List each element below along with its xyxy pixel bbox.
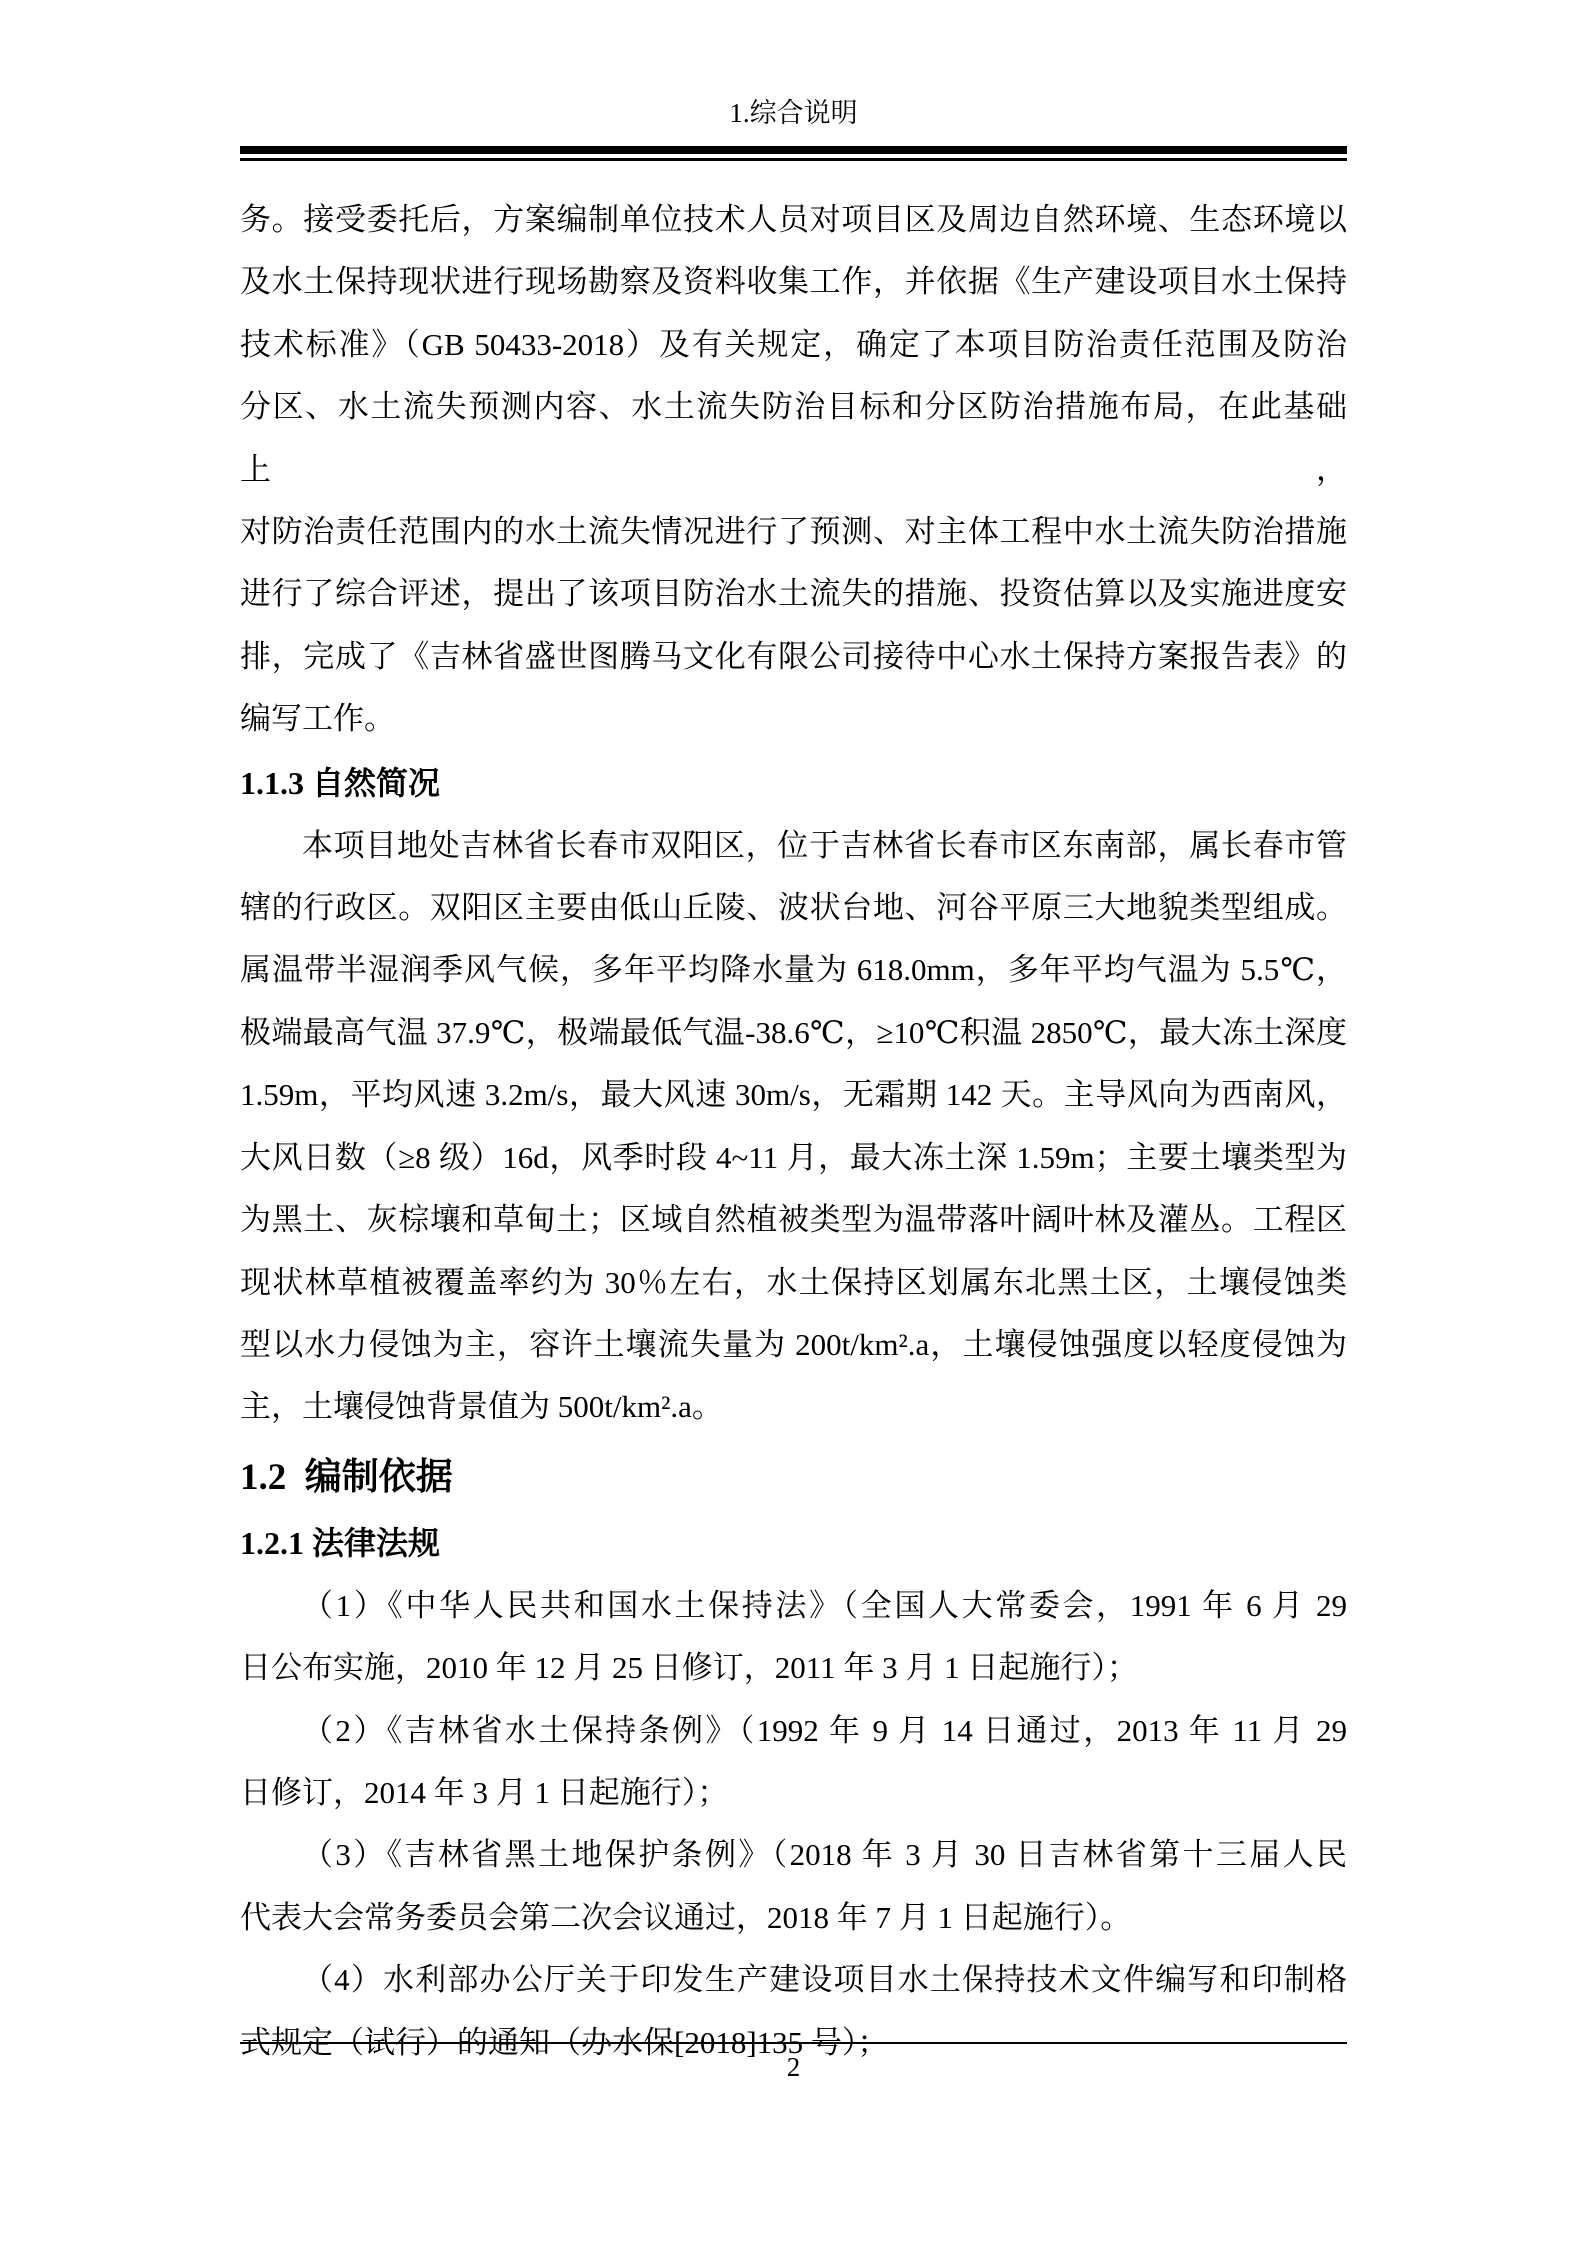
- text-line: 1.59m，平均风速 3.2m/s，最大风速 30m/s，无霜期 142 天。主…: [240, 1064, 1347, 1126]
- footer-rule: [240, 2042, 1347, 2044]
- paragraph: （3）《吉林省黑土地保护条例》（2018 年 3 月 30 日吉林省第十三届人民…: [240, 1824, 1347, 1949]
- text-line: 辖的行政区。双阳区主要由低山丘陵、波状台地、河谷平原三大地貌类型组成。: [240, 877, 1347, 939]
- text-line: 排，完成了《吉林省盛世图腾马文化有限公司接待中心水土保持方案报告表》的: [240, 626, 1347, 688]
- paragraph: （2）《吉林省水土保持条例》（1992 年 9 月 14 日通过，2013 年 …: [240, 1700, 1347, 1825]
- section-heading: 1.2 编制依据: [240, 1445, 1347, 1511]
- text-line: 技术标准》（GB 50433-2018）及有关规定，确定了本项目防治责任范围及防…: [240, 314, 1347, 376]
- text-line: （2）《吉林省水土保持条例》（1992 年 9 月 14 日通过，2013 年 …: [240, 1700, 1347, 1762]
- text-line: （4）水利部办公厅关于印发生产建设项目水土保持技术文件编写和印制格: [240, 1949, 1347, 2011]
- page-header: 1.综合说明: [240, 96, 1347, 161]
- text-line: 及水土保持现状进行现场勘察及资料收集工作，并依据《生产建设项目水土保持: [240, 251, 1347, 313]
- text-line: 代表大会常务委员会第二次会议通过，2018 年 7 月 1 日起施行）。: [240, 1887, 1347, 1949]
- paragraph: （1）《中华人民共和国水土保持法》（全国人大常委会，1991 年 6 月 29日…: [240, 1575, 1347, 1700]
- text-line: 型以水力侵蚀为主，容许土壤流失量为 200t/km².a，土壤侵蚀强度以轻度侵蚀…: [240, 1314, 1347, 1376]
- page-body: 务。接受委托后，方案编制单位技术人员对项目区及周边自然环境、生态环境以及水土保持…: [240, 189, 1347, 2074]
- text-line: 现状林草植被覆盖率约为 30％左右，水土保持区划属东北黑土区，土壤侵蚀类: [240, 1252, 1347, 1314]
- text-line: （3）《吉林省黑土地保护条例》（2018 年 3 月 30 日吉林省第十三届人民: [240, 1824, 1347, 1886]
- subsection-heading: 1.2.1 法律法规: [240, 1511, 1347, 1575]
- text-line: 主，土壤侵蚀背景值为 500t/km².a。: [240, 1376, 1347, 1438]
- page-footer: 2: [240, 2042, 1347, 2084]
- paragraph: 务。接受委托后，方案编制单位技术人员对项目区及周边自然环境、生态环境以及水土保持…: [240, 189, 1347, 751]
- paragraph: 本项目地处吉林省长春市双阳区，位于吉林省长春市区东南部，属长春市管辖的行政区。双…: [240, 815, 1347, 1439]
- text-line: 务。接受委托后，方案编制单位技术人员对项目区及周边自然环境、生态环境以: [240, 189, 1347, 251]
- text-line: 极端最高气温 37.9℃，极端最低气温-38.6℃，≥10℃积温 2850℃，最…: [240, 1002, 1347, 1064]
- document-page: 1.综合说明 务。接受委托后，方案编制单位技术人员对项目区及周边自然环境、生态环…: [0, 0, 1587, 2245]
- text-line: 编写工作。: [240, 688, 1347, 750]
- text-line: 本项目地处吉林省长春市双阳区，位于吉林省长春市区东南部，属长春市管: [240, 815, 1347, 877]
- header-rule: [240, 146, 1347, 161]
- text-line: 进行了综合评述，提出了该项目防治水土流失的措施、投资估算以及实施进度安: [240, 563, 1347, 625]
- subsection-heading: 1.1.3 自然简况: [240, 751, 1347, 815]
- text-line: 属温带半湿润季风气候，多年平均降水量为 618.0mm，多年平均气温为 5.5℃…: [240, 939, 1347, 1001]
- text-line: 为黑土、灰棕壤和草甸土；区域自然植被类型为温带落叶阔叶林及灌丛。工程区: [240, 1189, 1347, 1251]
- text-line: 对防治责任范围内的水土流失情况进行了预测、对主体工程中水土流失防治措施: [240, 501, 1347, 563]
- text-line: （1）《中华人民共和国水土保持法》（全国人大常委会，1991 年 6 月 29: [240, 1575, 1347, 1637]
- text-line: 分区、水土流失预测内容、水土流失防治目标和分区防治措施布局，在此基础上，: [240, 376, 1347, 501]
- text-line: 日修订，2014 年 3 月 1 日起施行）；: [240, 1762, 1347, 1824]
- page-number: 2: [240, 2050, 1347, 2084]
- page-header-title: 1.综合说明: [240, 96, 1347, 130]
- text-line: 大风日数（≥8 级）16d，风季时段 4~11 月，最大冻土深 1.59m；主要…: [240, 1127, 1347, 1189]
- text-line: 日公布实施，2010 年 12 月 25 日修订，2011 年 3 月 1 日起…: [240, 1637, 1347, 1699]
